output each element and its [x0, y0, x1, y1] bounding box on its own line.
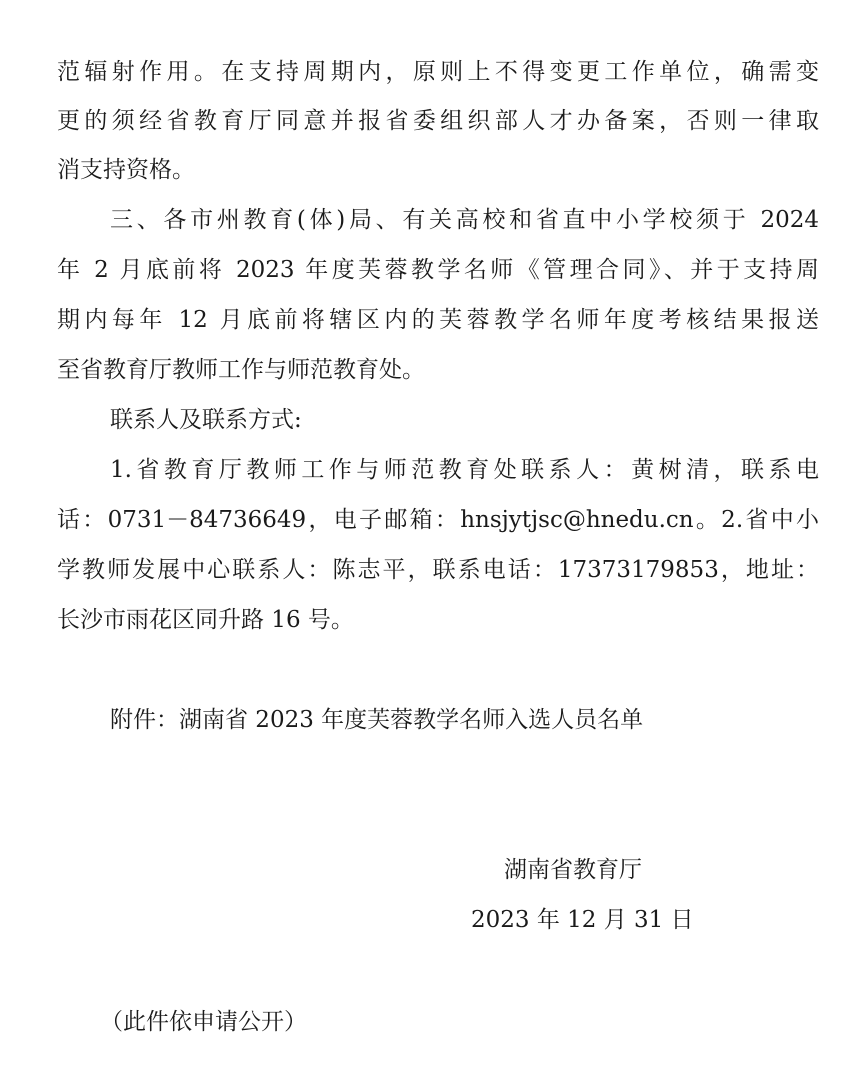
signature-date: 2023 年 12 月 31 日: [471, 905, 694, 935]
contacts-line: 长沙市雨花区同升路 16 号。: [57, 605, 354, 635]
section-three-line: 年 2 月底前将 2023 年度芙蓉教学名师《管理合同》、并于支持周: [57, 255, 819, 285]
contacts-heading: 联系人及联系方式:: [110, 405, 302, 435]
contacts-line: 1.省教育厅教师工作与师范教育处联系人：黄树清，联系电: [110, 455, 819, 485]
paragraph-line: 消支持资格。: [57, 155, 195, 185]
section-three-line: 至省教育厅教师工作与师范教育处。: [57, 355, 425, 385]
paragraph-line: 范辐射作用。在支持周期内，原则上不得变更工作单位，确需变: [57, 57, 819, 87]
paragraph-line: 更的须经省教育厅同意并报省委组织部人才办备案，否则一律取: [57, 106, 819, 136]
attachment-line: 附件：湖南省 2023 年度芙蓉教学名师入选人员名单: [110, 705, 643, 735]
signature-organization: 湖南省教育厅: [504, 855, 642, 885]
section-three-line: 三、各市州教育(体)局、有关高校和省直中小学校须于 2024: [110, 205, 819, 235]
contacts-line: 学教师发展中心联系人：陈志平，联系电话：17373179853，地址：: [57, 555, 819, 585]
disclosure-note: （此件依申请公开）: [100, 1007, 307, 1037]
contacts-line: 话：0731－84736649，电子邮箱：hnsjytjsc@hnedu.cn。…: [57, 505, 819, 535]
section-three-line: 期内每年 12 月底前将辖区内的芙蓉教学名师年度考核结果报送: [57, 305, 819, 335]
